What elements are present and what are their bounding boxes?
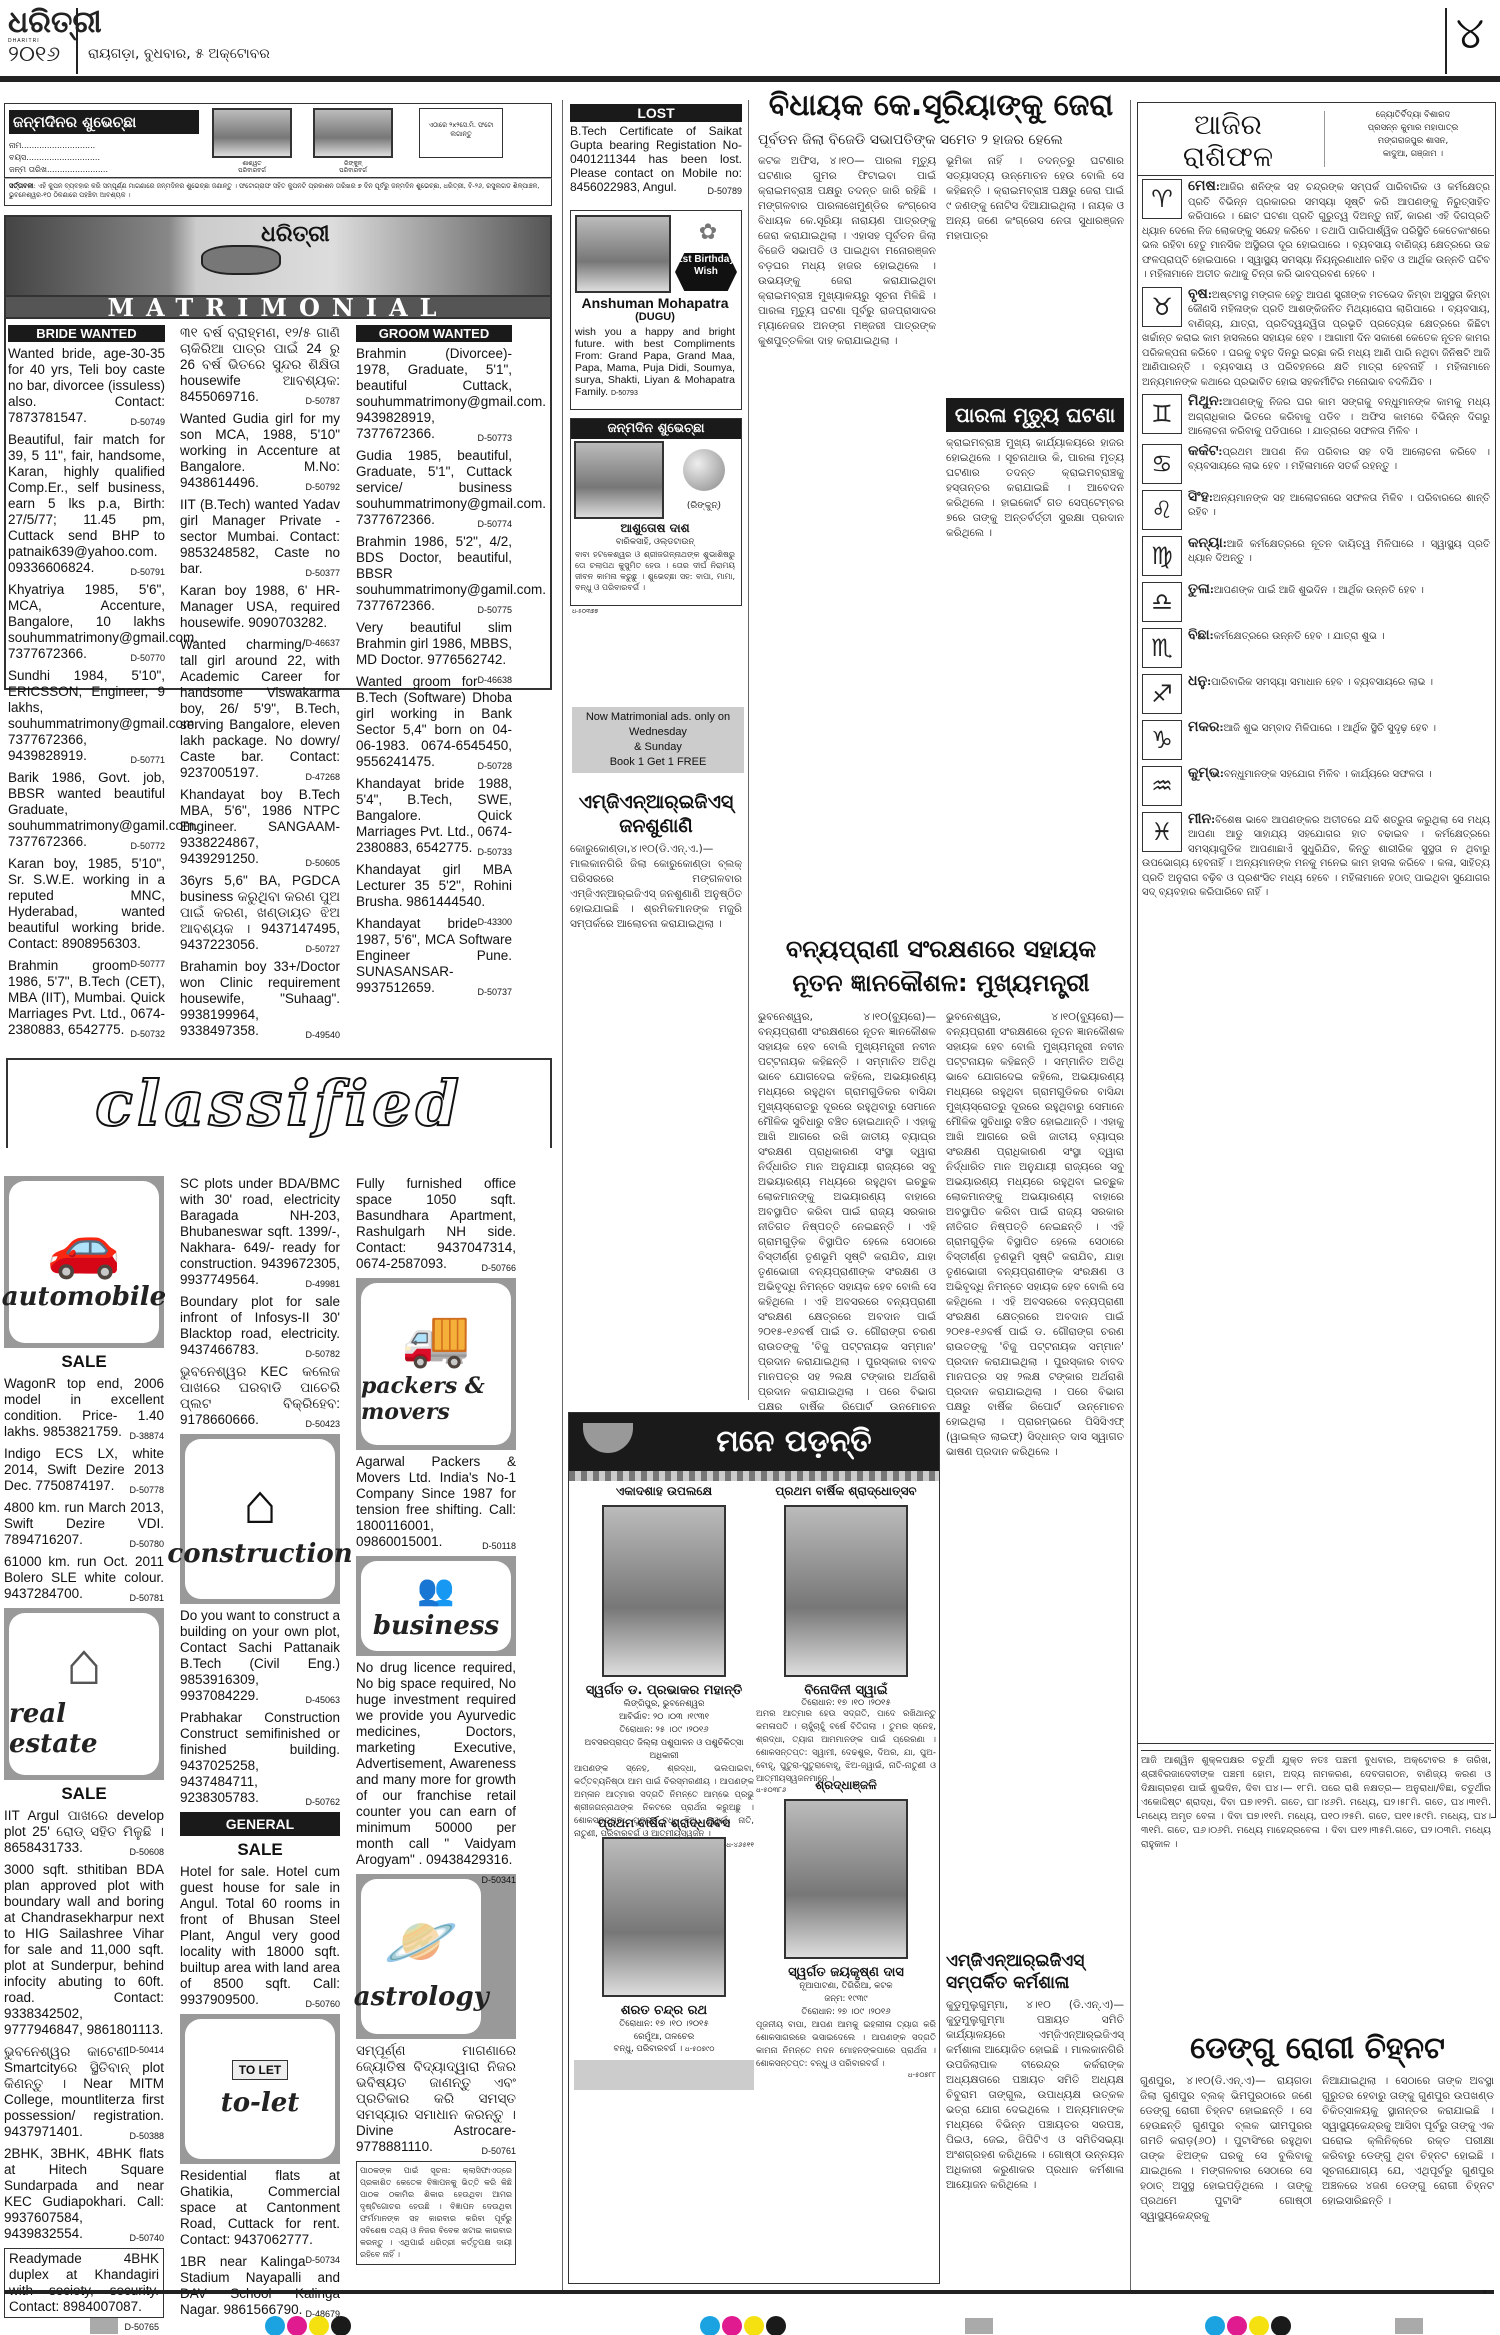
rashi-entry: ♈ମେଷ:ଆଜିର ଶନିଙ୍କ ସହ ଚନ୍ଦ୍ରଙ୍କ ସମ୍ପର୍କ ପା… — [1142, 179, 1490, 283]
dengue-headline: ଡେଙ୍ଗୁ ରୋଗୀ ଚିହ୍ନଟ — [1140, 2028, 1495, 2070]
classified-col-3: Fully furnished office space 1050 sqft. … — [356, 1176, 516, 2265]
registration-marks-1 — [265, 2316, 351, 2335]
house-construction-icon: ⌂ — [243, 1469, 277, 1539]
real-estate-icon-box: ⌂ real estate — [4, 1608, 164, 1780]
classified-ad: Very beautiful slim Brahmin girl 1986, M… — [356, 620, 512, 668]
column-rule — [1130, 100, 1131, 2290]
real-estate-sale-heading: SALE — [4, 1784, 164, 1804]
masthead: ଧରିତ୍ରୀ DHARITRI ୨୦୧୬ ରାୟଗଡ଼ା, ବୁଧବାର, ୫… — [0, 0, 1500, 82]
rashi-entry: ♒କୁମ୍ଭ:ବନ୍ଧୁମାନଙ୍କ ସହଯୋଗ ମିଳିବ । କାର୍ଯ୍ୟ… — [1142, 766, 1490, 808]
classified-ad: Hotel for sale. Hotel cum guest house fo… — [180, 1864, 340, 2008]
to-let-icon-box: TO LET to-let — [180, 2014, 340, 2164]
rashiphala-title: ଆଜିରରାଶିଫଳ — [1148, 109, 1308, 173]
child-nickname: (DUGU) — [571, 311, 739, 323]
classified-ad: IIT Argul ପାଖରେ develop plot 25' ରୋଡ୍ ସହ… — [4, 1808, 164, 1856]
classified-ad: WagonR top end, 2006 model in excellent … — [4, 1376, 164, 1440]
rashi-entry: ♑ମକର:ଆଜି ଶୁଭ ସମ୍ବାଦ ମିଳିପାରେ । ଆର୍ଥିକ ସ୍… — [1142, 720, 1490, 762]
dateline: ରାୟଗଡ଼ା, ବୁଧବାର, ୫ ଅକ୍ଟୋବର — [88, 46, 270, 62]
news-mgnregs-hearing: ଏମ୍‌ଜିଏନ୍‌ଆର୍‌ଇଜିଏସ୍ ଜନଶୁଣାଣି କୋରୁକୋଣ୍ଡା… — [570, 790, 742, 932]
packers-icon-box: 🚚 packers & movers — [356, 1278, 516, 1450]
ashutosh-name: ଆଶୁତୋଷ ଦାଶ — [571, 521, 739, 536]
news-wildlife: ବନ୍ୟପ୍ରାଣୀ ସଂରକ୍ଷଣରେ ସହାୟକ ନୂତନ ଜ୍ଞାନକୌଶ… — [758, 932, 1124, 1000]
balloon-icon — [683, 449, 725, 491]
wildlife-headline-2: ନୂତନ ଜ୍ଞାନକୌଶଳ: ମୁଖ୍ୟମନ୍ତ୍ରୀ — [758, 966, 1124, 1000]
businesspeople-icon: 👥 — [417, 1571, 454, 1611]
classified-ad: Indigo ECS LX, white 2014, Swift Dezire … — [4, 1446, 164, 1494]
obituary-photo-4 — [784, 1799, 908, 1959]
classified-ad: Residential flats at Ghatikia, Commercia… — [180, 2168, 340, 2248]
photo-placeholder[interactable]: ଏଠାରେ ୨x୨ସେ.ମି. ଫଟୋ ଲଗାନ୍ତୁ — [419, 108, 503, 158]
rashi-entry: ♐ଧନୁ:ପାରିବାରିକ ସମସ୍ୟା ସମାଧାନ ହେବ । ବ୍ୟବସ… — [1142, 674, 1490, 716]
child-name: Anshuman Mohapatra — [571, 295, 739, 311]
coupon-dob-field[interactable]: ଜନ୍ମ ତାରିଖ........................ — [9, 164, 108, 176]
classified-ad: Boundary plot for sale infront of Infosy… — [180, 1294, 340, 1358]
photo-caption-1: ଶାଶ୍ୱତପରିବାରବର୍ଗ — [212, 160, 292, 174]
obituary-photo-2 — [784, 1505, 908, 1677]
classified-ad: Brahmin 1986, 5'2", 4/2, BDS Doctor, bea… — [356, 534, 512, 614]
classified-ad: Barik 1986, Govt. job, BBSR wanted beaut… — [8, 770, 165, 850]
obituary-3: ପ୍ରଥମ ବାର୍ଷିକ ଶ୍ରାଦ୍ଧଦିବସ ଶରତ ଚନ୍ଦ୍ର ରଥ … — [574, 1816, 754, 2090]
registration-marks-2 — [700, 2316, 786, 2335]
zodiac-icon: ♑ — [1142, 720, 1182, 760]
rashi-entry: ♊ମିଥୁନ:ଆପଣଙ୍କୁ ନିଜର ଘର କାମ ସଙ୍ଗକୁ ବନ୍ଧୁମ… — [1142, 394, 1490, 440]
rashi-entry: ♋କର୍କଟ:ପ୍ରଥମ ଆପଣ ନିଜ ପରିବାର ସହ ବସି ଆଲୋଚନ… — [1142, 444, 1490, 486]
year: ୨୦୧୬ — [8, 42, 60, 67]
zodiac-icon: ♎ — [1142, 582, 1182, 622]
zodiac-icon: ♋ — [1142, 444, 1182, 484]
column-rule — [562, 100, 563, 2290]
wildlife-headline-1: ବନ୍ୟପ୍ରାଣୀ ସଂରକ୍ଷଣରେ ସହାୟକ — [758, 932, 1124, 966]
coupon-title: ଜନ୍ମଦିନର ଶୁଭେଚ୍ଛା — [9, 110, 199, 134]
classified-title: classified — [8, 1060, 550, 1148]
lead-body-col2: ଭୂମିକା ନାହିଁ । ତଦନ୍ତରୁ ଘଟଣାର ସତ୍ୟାସତ୍ୟ ଉ… — [946, 154, 1124, 694]
rinkun-photo — [574, 441, 664, 519]
classified-ad: Agarwal Packers & Movers Ltd. India's No… — [356, 1454, 516, 1550]
classified-ad: 61000 km. run Oct. 2011 Bolero SLE white… — [4, 1554, 164, 1602]
business-icon-box: 👥 business — [356, 1556, 516, 1656]
nickname: (ରିଙ୍କୁନ୍) — [669, 501, 739, 511]
zodiac-icon: ♊ — [1142, 394, 1182, 434]
newspaper-logo: ଧରିତ୍ରୀ — [8, 8, 70, 38]
rashi-list: ♈ମେଷ:ଆଜିର ଶନିଙ୍କ ସହ ଚନ୍ଦ୍ରଙ୍କ ସମ୍ପର୍କ ପା… — [1142, 179, 1490, 1739]
classified-ad: Brahmin (Divorcee)- 1978, Graduate, 5'1"… — [356, 346, 512, 442]
saturn-icon: 🪐 — [384, 1902, 459, 1982]
classified-ad: Karan boy 1988, 6' HR-Manager USA, requi… — [180, 583, 340, 631]
birthday-odia-code: ଧ-୫୦୩୭୭ — [572, 609, 598, 616]
birthday-wish-ad: ✿ 1st Birthday Wish Anshuman Mohapatra (… — [570, 210, 742, 410]
mgnregs-hearing-headline: ଏମ୍‌ଜିଏନ୍‌ଆର୍‌ଇଜିଏସ୍ ଜନଶୁଣାଣି — [570, 790, 742, 838]
to-let-sign: TO LET — [232, 2060, 288, 2080]
rashiphala-box: ଆଜିରରାଶିଫଳ ଜ୍ୟୋତିର୍ବିଦ୍ୟା ବିଶାରଦପ୍ରସନ୍ନ … — [1137, 102, 1496, 1818]
classified-banner: classified — [6, 1058, 552, 1148]
news-lead: ବିଧାୟକ କେ.ସୂରିୟାଙ୍କୁ ଜେରା ପୂର୍ବତନ ଜିଲା ବ… — [758, 88, 1124, 694]
general-sale-heading: SALE — [180, 1840, 340, 1860]
flowers-icon: ✿ — [683, 219, 733, 249]
houses-icon: ⌂ — [66, 1629, 102, 1699]
classified-ad: ଭୁବନେଶ୍ୱର KEC କଲେଜ ପାଖରେ ଘରବାଡି ପାଚେରି ପ… — [180, 1364, 340, 1428]
coupon-age-field[interactable]: ବୟସ............................. — [9, 152, 108, 164]
first-birthday-badge: 1st Birthday Wish — [675, 253, 737, 291]
lost-notice: LOST B.Tech Certificate of Saikat Gupta … — [570, 104, 742, 200]
masthead-divider — [76, 8, 78, 74]
child-photo — [575, 215, 671, 293]
classified-ad: Wanted bride, age-30-35 for 40 yrs, Teli… — [8, 346, 165, 426]
classified-ad: ସମ୍ପୂର୍ଣ୍ଣ ମାଗଣାରେ ଜ୍ୟୋତିଷ ବିଦ୍ୟାଦ୍ୱାରା … — [356, 2043, 516, 2155]
groom-wanted-column: GROOM WANTED Brahmin (Divorcee)- 1978, G… — [356, 325, 512, 1002]
lead-headline: ବିଧାୟକ କେ.ସୂରିୟାଙ୍କୁ ଜେରା — [758, 88, 1124, 124]
classified-col-1: 🚗 automobile SALE WagonR top end, 2006 m… — [4, 1176, 164, 2335]
zodiac-icon: ♓ — [1142, 812, 1182, 852]
place: ବାରିକସାହି, ଓଲ୍ଡଟାଉନ୍ — [571, 537, 739, 547]
zodiac-icon: ♐ — [1142, 674, 1182, 714]
footer-page-marker: ୨ — [1483, 2290, 1486, 2297]
obituary-photo-1 — [602, 1505, 726, 1677]
marigold-border — [569, 1471, 939, 1481]
classified-ad: 4800 km. run March 2013, Swift Dezire VD… — [4, 1500, 164, 1548]
automobile-sale-heading: SALE — [4, 1352, 164, 1372]
classified-ad: Gudia 1985, beautiful, Graduate, 5'1", C… — [356, 448, 512, 528]
classified-ad: SC plots under BDA/BMC with 30' road, el… — [180, 1176, 340, 1288]
photo-caption-2: ରିଙ୍କୁନ୍ପରିବାରବର୍ଗ — [313, 160, 393, 174]
rashi-entry: ♓ମୀନ:ବିଶେଷ ଭାବେ ଆପଣଙ୍କର ଅତୀତରେ ଯଦି ଶତ୍ରୁ… — [1142, 812, 1490, 901]
column-rule — [748, 100, 749, 1400]
construction-icon-box: ⌂ construction — [180, 1434, 340, 1604]
automobile-icon-box: 🚗 automobile — [4, 1176, 164, 1348]
classified-ad: 36yrs 5,6" BA, PGDCA business କରୁଥିବା କର… — [180, 873, 340, 953]
matrimonial-offer-notice: Now Matrimonial ads. only onWednesday& S… — [572, 707, 744, 773]
obituary-photo-3 — [602, 1837, 726, 1997]
classified-ad: Khyatriya 1985, 5'6", MCA, Accenture, Ba… — [8, 582, 165, 662]
real-estate-label: real estate — [9, 1699, 159, 1759]
classified-ad: ଭୁବନେଶ୍ୱର କାଟେଣୀ Smartcityରେ ସ୍ଥିତିବାନ୍ … — [4, 2044, 164, 2140]
classified-col-2: SC plots under BDA/BMC with 30' road, el… — [180, 1176, 340, 2324]
classified-ad: 2BHK, 3BHK, 4BHK flats at Hitech Square … — [4, 2146, 164, 2242]
rashi-entry: ♏ବିଛା:କର୍ମକ୍ଷେତ୍ରରେ ଉନ୍ନତି ହେବ । ଯାତ୍ରା … — [1142, 628, 1490, 670]
registration-gray-2 — [965, 2318, 993, 2335]
zodiac-icon: ♈ — [1142, 179, 1182, 219]
registration-gray-3 — [1395, 2318, 1423, 2335]
panjika: ଆଜି ଆଶ୍ୱିନ ଶୁକ୍ଳପକ୍ଷର ଚତୁର୍ଥୀ ଯୁକ୍ତ ନତଃ … — [1141, 1750, 1491, 1852]
to-let-label: to-let — [221, 2088, 300, 2118]
classified-ad: Khandayat bride 1988, 5'4", B.Tech, SWE,… — [356, 776, 512, 856]
zodiac-icon: ♒ — [1142, 766, 1182, 806]
lead-subhead: ପୂର୍ବତନ ଜିଲା ବିଜେଡି ସଭାପତିଙ୍କ ସମେତ ୨ ହାଜ… — [758, 130, 1124, 150]
classified-ad: Sundhi 1984, 5'10", ERICSSON, Engineer, … — [8, 668, 165, 764]
automobile-label: automobile — [2, 1282, 166, 1312]
rashi-entry: ♍କନ୍ୟା:ଆଜି କର୍ମକ୍ଷେତ୍ରରେ ନୂତନ ଦାୟିତ୍ୱ ମି… — [1142, 536, 1490, 578]
bride-wanted-column: BRIDE WANTED Wanted bride, age-30-35 for… — [8, 325, 165, 1044]
classified-ad: No drug licence required, No big space r… — [356, 1660, 516, 1868]
classified-ad: Karan boy, 1985, 5'10", Sr. S.W.E. worki… — [8, 856, 165, 952]
obituary-4: ଶ୍ରଦ୍ଧାଞ୍ଜଳି ସ୍ୱର୍ଗତ ଜୟକୃଷ୍ଣ ଦାସ ନୂଆପାଟଣ… — [756, 1778, 936, 2080]
lead-body-col1: କଟକ ଅଫିସ, ୪।୧୦— ପାରଳା ମୃତ୍ୟୁ ଘଟଣାର ଗୁମର … — [758, 154, 936, 694]
classified-ad: Wanted groom for B.Tech (Software) Dhoba… — [356, 674, 512, 770]
coupon-fields: ନାମ............................. ବୟସ....… — [9, 140, 108, 176]
rashi-entry: ♌ସିଂହ:ଅନ୍ୟମାନଙ୍କ ସହ ଆଲୋଚନାରେ ସଫଳତା ମିଳିବ… — [1142, 490, 1490, 532]
classified-ad: Brahamin boy 33+/Doctor won Clinic requi… — [180, 959, 340, 1039]
registration-marks-3 — [1205, 2316, 1291, 2335]
matrimonial-title: MATRIMONIAL — [4, 297, 552, 319]
news-mgnregs-workshop: ଏମ୍‌ଜିଏନ୍‌ଆର୍‌ଇଜିଏସ୍ ସମ୍ପର୍କିତ କର୍ମଶାଳା … — [946, 1950, 1124, 2193]
astrology-label: astrology — [354, 1982, 489, 2012]
rashi-entry: ♎ତୁଳା:ଆପଣଙ୍କ ପାଇଁ ଆଜି ଶୁଭଦିନ । ଆର୍ଥିକ ଉନ… — [1142, 582, 1490, 624]
birthday-odia-heading: ଜନ୍ମଦିନ ଶୁଭେଚ୍ଛା — [571, 419, 741, 439]
packers-label: packers & movers — [361, 1373, 511, 1425]
bride-wanted-heading: BRIDE WANTED — [8, 325, 165, 342]
rashiphala-author: ଜ୍ୟୋତିର୍ବିଦ୍ୟା ବିଶାରଦପ୍ରସନ୍ନ କୁମାର ମହାପା… — [1333, 109, 1493, 161]
obituary-2: ପ୍ରଥମ ବାର୍ଷିକ ଶ୍ରାଦ୍ଧୋତ୍ସବ ବିନୋଦିନୀ ସ୍ୱା… — [756, 1484, 936, 1795]
coupon-terms: ସର୍ତ୍ତାବଳୀ: ଏହି କୁପନ ବ୍ୟବହାର କରି ସମ୍ପୂର୍… — [4, 178, 552, 206]
page-number: ୪ — [1445, 8, 1493, 74]
birthday-coupon: ଜନ୍ମଦିନର ଶୁଭେଚ୍ଛା ନାମ...................… — [4, 103, 552, 178]
drum-icon — [201, 245, 281, 275]
workshop-headline: ଏମ୍‌ଜିଏନ୍‌ଆର୍‌ଇଜିଏସ୍ ସମ୍ପର୍କିତ କର୍ମଶାଳା — [946, 1950, 1124, 1994]
car-icon: 🚗 — [47, 1212, 122, 1282]
photo-rinkun — [313, 108, 393, 158]
footer-rule — [4, 2290, 1494, 2294]
wildlife-body-col1: ଭୁବନେଶ୍ୱର, ୪।୧୦(ବ୍ୟୁରୋ)— ବନ୍ୟପ୍ରାଣୀ ସଂରକ… — [758, 1010, 936, 1410]
banner-logo: ଧରିତ୍ରୀ — [261, 222, 330, 247]
classified-ad: Do you want to construct a building on y… — [180, 1608, 340, 1704]
birthday-odia-ad: ଜନ୍ମଦିନ ଶୁଭେଚ୍ଛା (ରିଙ୍କୁନ୍) ଆଶୁତୋଷ ଦାଶ ବ… — [570, 418, 742, 606]
birthday-wish-text: wish you a happy and bright future. with… — [575, 326, 735, 400]
astrology-icon-box: 🪐 astrology — [356, 1874, 516, 2039]
classified-ad: Khandayat girl MBA Lecturer 35 5'2", Roh… — [356, 862, 512, 910]
classified-ad: Beautiful, fair match for 39, 5 11", fai… — [8, 432, 165, 576]
classified-ad: Khandayat boy B.Tech MBA, 5'6", 1986 NTP… — [180, 787, 340, 867]
news-dengue: ଡେଙ୍ଗୁ ରୋଗୀ ଚିହ୍ନଟ ଗୁଣପୁର, ୪।୧୦(ଡି.ଏନ୍.ଏ… — [1140, 2028, 1495, 2224]
groom-wanted-heading: GROOM WANTED — [356, 325, 512, 342]
zodiac-icon: ♏ — [1142, 628, 1182, 668]
obituary-1: ଏକାଦଶାହ ଉପଲକ୍ଷେ ସ୍ୱର୍ଗତ ଡ. ପ୍ରଭାକର ମହାନ୍… — [574, 1484, 754, 1850]
birthday-odia-text: ବାବା ହଟକେଶ୍ୱର ଓ ଶ୍ରୀଜଗନ୍ନାଥଙ୍କ ଶୁଭାଶିଷରୁ… — [575, 549, 735, 593]
matrimonial-middle-column: ୩୧ ବର୍ଷ ବ୍ରାହ୍ମଣ, ୧୨/୫ ଗାଣି ଚାକିରିଆ ପାତ୍… — [180, 325, 340, 1045]
classified-ad: Wanted Gudia girl for my son MCA, 1988, … — [180, 411, 340, 491]
reader-notice: ପାଠକଙ୍କ ପାଇଁ ସୂଚନା: କ୍ଲାସିଫାଏଡ୍‌ରେ ପ୍ରକା… — [356, 2161, 516, 2265]
lost-heading: LOST — [570, 104, 742, 122]
registration-gray-1 — [90, 2318, 118, 2335]
general-heading: GENERAL — [180, 1812, 340, 1836]
business-label: business — [373, 1611, 499, 1641]
classified-ad: IIT (B.Tech) wanted Yadav girl Manager P… — [180, 497, 340, 577]
construction-label: construction — [167, 1539, 352, 1569]
boxed-ad-khandagiri: Readymade 4BHK duplex at Khandagiri with… — [4, 2248, 164, 2318]
zodiac-icon: ♍ — [1142, 536, 1182, 576]
zodiac-icon: ♌ — [1142, 490, 1182, 530]
classified-ad: 3000 sqft. sthitiban BDA plan approved p… — [4, 1862, 164, 2038]
classified-ad: ୩୧ ବର୍ଷ ବ୍ରାହ୍ମଣ, ୧୨/୫ ଗାଣି ଚାକିରିଆ ପାତ୍… — [180, 325, 340, 405]
wildlife-body-col2: ଭୁବନେଶ୍ୱର, ୪।୧୦(ବ୍ୟୁରୋ)— ବନ୍ୟପ୍ରାଣୀ ସଂରକ… — [946, 1010, 1124, 1940]
classified-ad: Prabhakar Construction Construct semifin… — [180, 1710, 340, 1806]
truck-icon: 🚚 — [401, 1303, 471, 1373]
zodiac-icon: ♉ — [1142, 287, 1182, 327]
parala-subhead: ପାରଳା ମୃତ୍ୟୁ ଘଟଣା — [946, 398, 1124, 432]
photo-shashwat — [212, 108, 292, 158]
coupon-name-field[interactable]: ନାମ............................. — [9, 140, 108, 152]
classified-ad: Wanted charming/ tall girl around 22, wi… — [180, 637, 340, 781]
rashi-entry: ♉ବୃଷ:ଅଷ୍ଟମସ୍ଥ ମଙ୍ଗଳ ହେତୁ ଆପଣ ସ୍ତ୍ରୀଙ୍କ ମ… — [1142, 287, 1490, 391]
matrimonial-banner-image: ଧରିତ୍ରୀ — [4, 215, 552, 297]
